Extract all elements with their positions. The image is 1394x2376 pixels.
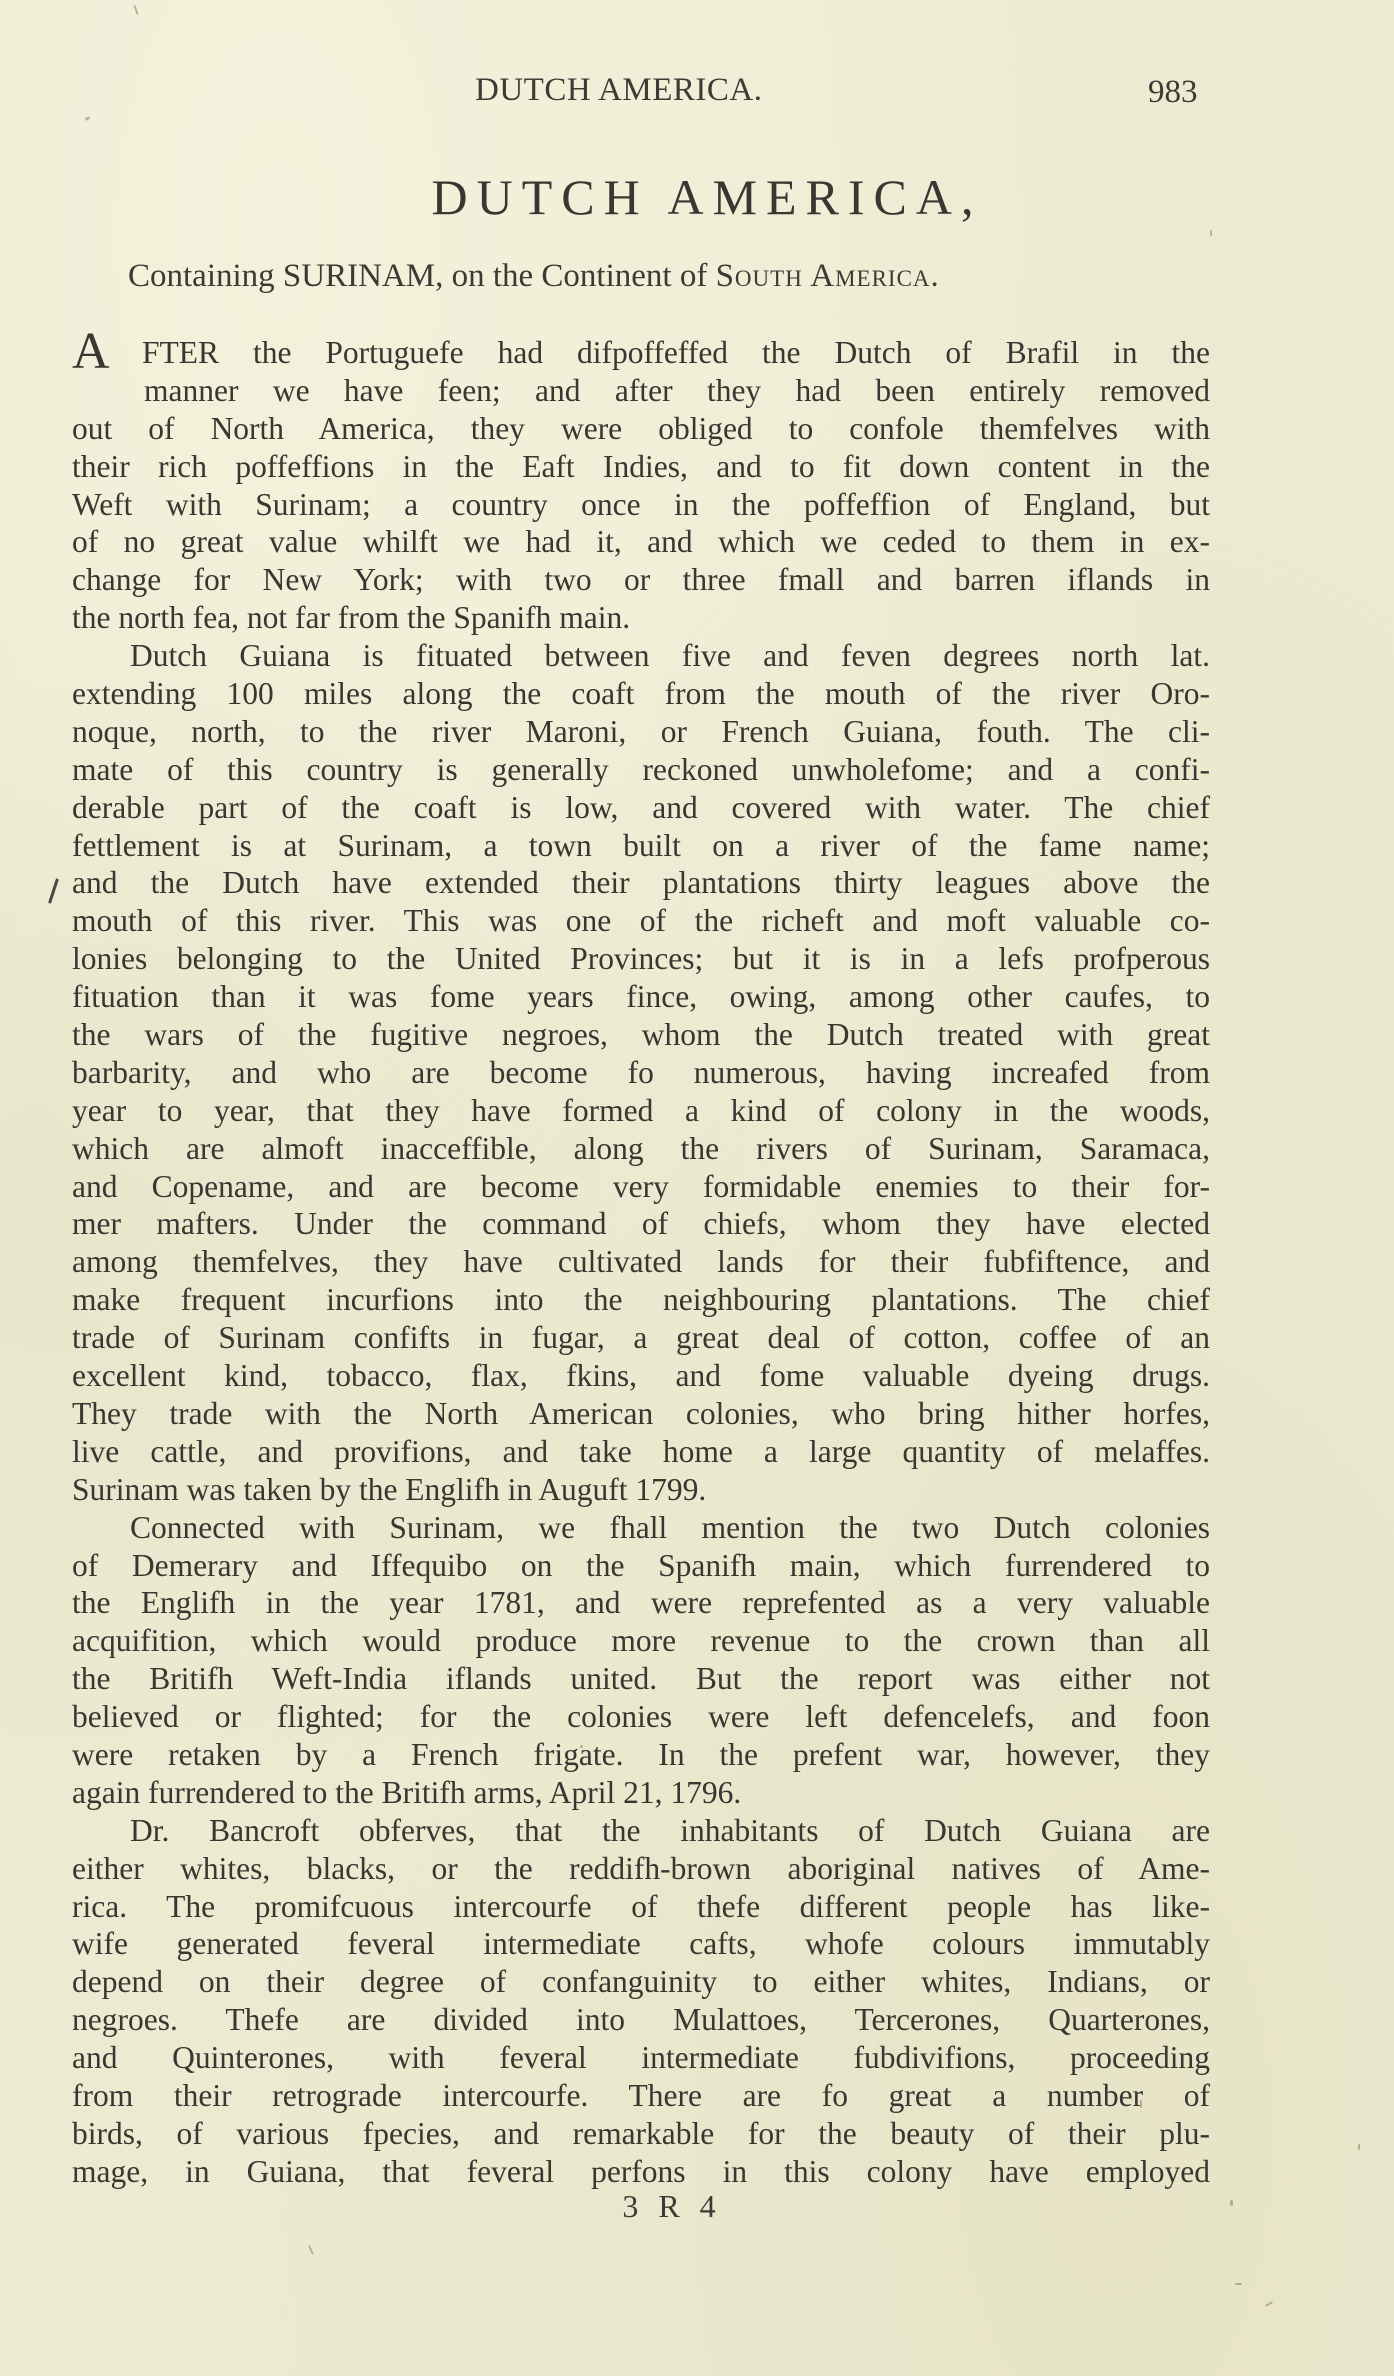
text-line: negroes. Thefe are divided into Mulattoe… xyxy=(72,2001,1210,2039)
margin-pencil-mark xyxy=(48,878,59,904)
paper-speck xyxy=(85,116,91,121)
text-line: AFTER the Portuguefe had difpoffeffed th… xyxy=(72,334,1210,372)
text-line: fettlement is at Surinam, a town built o… xyxy=(72,827,1210,865)
subtitle-smallcaps: South America. xyxy=(716,258,940,294)
text-line: live cattle, and provifions, and take ho… xyxy=(72,1433,1210,1471)
text-line: and the Dutch have extended their planta… xyxy=(72,864,1210,902)
text-line: among themfelves, they have cultivated l… xyxy=(72,1243,1210,1281)
text-line: and Quinterones, with feveral intermedia… xyxy=(72,2039,1210,2077)
text-line: They trade with the North American colon… xyxy=(72,1395,1210,1433)
running-head-title: DUTCH AMERICA. xyxy=(475,72,763,109)
text-line: change for New York; with two or three f… xyxy=(72,561,1210,599)
text-line: acquifition, which would produce more re… xyxy=(72,1622,1210,1660)
paper-speck xyxy=(1210,230,1212,236)
text-line: mer mafters. Under the command of chiefs… xyxy=(72,1205,1210,1243)
paper-speck xyxy=(580,1745,583,1748)
text-line: manner we have feen; and after they had … xyxy=(72,372,1210,410)
book-page: DUTCH AMERICA. 983 DUTCH AMERICA, Contai… xyxy=(0,0,1394,2376)
text-line: derable part of the coaft is low, and co… xyxy=(72,789,1210,827)
paper-speck xyxy=(1265,2301,1273,2307)
text-line: believed or flighted; for the colonies w… xyxy=(72,1698,1210,1736)
text-line: Dr. Bancroft obferves, that the inhabita… xyxy=(72,1812,1210,1850)
text-line: the Britifh Weft-India iflands united. B… xyxy=(72,1660,1210,1698)
text-line: rica. The promifcuous intercourfe of the… xyxy=(72,1888,1210,1926)
text-line: excellent kind, tobacco, flax, fkins, an… xyxy=(72,1357,1210,1395)
paragraph-2: Dutch Guiana is fituated between five an… xyxy=(60,637,1210,1508)
text-line: mate of this country is generally reckon… xyxy=(72,751,1210,789)
paper-speck xyxy=(1140,2100,1142,2108)
text-line: which are almoft inacceffible, along the… xyxy=(72,1130,1210,1168)
text-line: wife generated feveral intermediate caft… xyxy=(72,1925,1210,1963)
chapter-title: DUTCH AMERICA, xyxy=(0,168,1394,226)
text-line: Surinam was taken by the Englifh in Augu… xyxy=(72,1471,1210,1509)
paper-speck xyxy=(133,5,138,15)
text-line: from their retrograde intercourfe. There… xyxy=(72,2077,1210,2115)
drop-cap: A xyxy=(72,326,110,378)
text-line: again furrendered to the Britifh arms, A… xyxy=(72,1774,1210,1812)
text-line: make frequent incurfions into the neighb… xyxy=(72,1281,1210,1319)
text-line: lonies belonging to the United Provinces… xyxy=(72,940,1210,978)
paragraph-3: Connected with Surinam, we fhall mention… xyxy=(60,1509,1210,1812)
text-line: and Copename, and are become very formid… xyxy=(72,1168,1210,1206)
text-line: Dutch Guiana is fituated between five an… xyxy=(72,637,1210,675)
text-line: extending 100 miles along the coaft from… xyxy=(72,675,1210,713)
text-line: the wars of the fugitive negroes, whom t… xyxy=(72,1016,1210,1054)
text-line: birds, of various fpecies, and remarkabl… xyxy=(72,2115,1210,2153)
text-line: fituation than it was fome years fince, … xyxy=(72,978,1210,1016)
page-number: 983 xyxy=(1148,74,1198,111)
text-line: mouth of this river. This was one of the… xyxy=(72,902,1210,940)
text-line: Connected with Surinam, we fhall mention… xyxy=(72,1509,1210,1547)
text-line: depend on their degree of confanguinity … xyxy=(72,1963,1210,2001)
text-line: Weft with Surinam; a country once in the… xyxy=(72,486,1210,524)
paragraph-1: AFTER the Portuguefe had difpoffeffed th… xyxy=(60,334,1210,637)
signature-mark: 3 R 4 xyxy=(0,2188,1394,2225)
paper-speck xyxy=(1235,2283,1242,2285)
text-line: of Demerary and Iffequibo on the Spanifh… xyxy=(72,1547,1210,1585)
text-line: trade of Surinam confifts in fugar, a gr… xyxy=(72,1319,1210,1357)
paragraph-4: Dr. Bancroft obferves, that the inhabita… xyxy=(60,1812,1210,2191)
subtitle-text: Containing SURINAM, on the Continent of xyxy=(128,258,716,294)
text-line: noque, north, to the river Maroni, or Fr… xyxy=(72,713,1210,751)
chapter-subtitle: Containing SURINAM, on the Continent of … xyxy=(128,258,940,295)
text-line: the Englifh in the year 1781, and were r… xyxy=(72,1584,1210,1622)
text-line: year to year, that they have formed a ki… xyxy=(72,1092,1210,1130)
body-text: AFTER the Portuguefe had difpoffeffed th… xyxy=(60,334,1210,2191)
text-line: mage, in Guiana, that feveral perfons in… xyxy=(72,2153,1210,2191)
text-line: their rich poffeffions in the Eaft Indie… xyxy=(72,448,1210,486)
paper-speck xyxy=(308,2245,314,2255)
paper-speck xyxy=(1358,2144,1360,2150)
text-line: out of North America, they were obliged … xyxy=(72,410,1210,448)
text-line: barbarity, and who are become fo numerou… xyxy=(72,1054,1210,1092)
text-line: of no great value whilft we had it, and … xyxy=(72,523,1210,561)
text-line: the north fea, not far from the Spanifh … xyxy=(72,599,1210,637)
paper-speck xyxy=(1230,2200,1233,2206)
text-line: were retaken by a French frigate. In the… xyxy=(72,1736,1210,1774)
text-line: either whites, blacks, or the reddifh-br… xyxy=(72,1850,1210,1888)
